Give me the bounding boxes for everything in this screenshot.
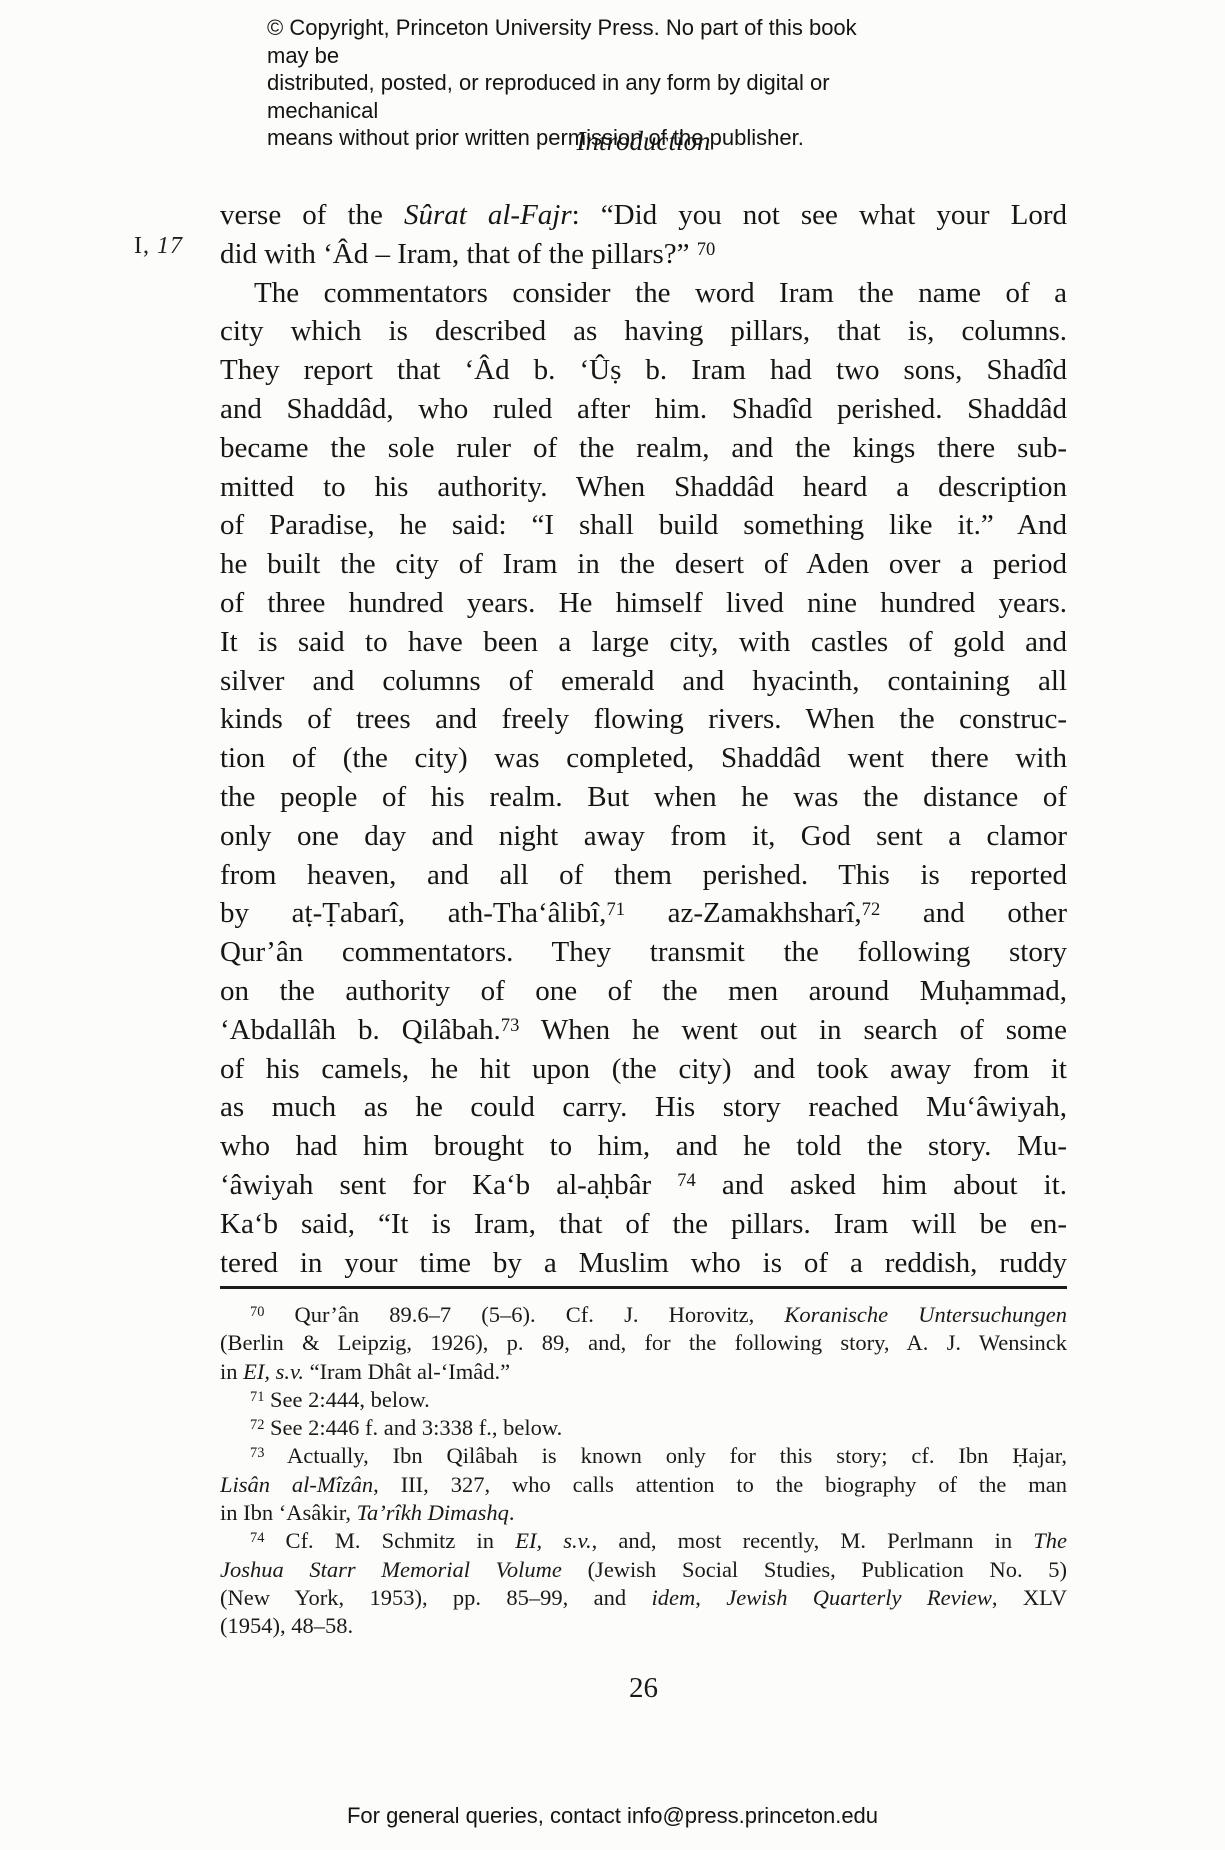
body-text-line: became the sole ruler of the realm, and … <box>220 429 1067 468</box>
body-text: verse of the Sûrat al-Fajr: “Did you not… <box>220 196 1067 1282</box>
footnote-line: 71 See 2:444, below. <box>220 1386 1067 1414</box>
footnote-reference: 71 <box>606 899 625 920</box>
copyright-line: distributed, posted, or reproduced in an… <box>267 69 887 124</box>
body-text-line: as much as he could carry. His story rea… <box>220 1088 1067 1127</box>
body-text-line: did with ‘Âd – Iram, that of the pillars… <box>220 235 1067 274</box>
body-text-line: only one day and night away from it, God… <box>220 817 1067 856</box>
footnote-reference: 73 <box>501 1015 520 1036</box>
body-text-line: The commentators consider the word Iram … <box>220 274 1067 313</box>
body-text-line: of his camels, he hit upon (the city) an… <box>220 1050 1067 1089</box>
body-text-line: ‘âwiyah sent for Ka‘b al-aḥbâr 74 and as… <box>220 1166 1067 1205</box>
footnote-reference: 70 <box>250 1304 264 1320</box>
footnote-line: Joshua Starr Memorial Volume (Jewish Soc… <box>220 1556 1067 1584</box>
body-text-line: who had him brought to him, and he told … <box>220 1127 1067 1166</box>
body-text-line: tion of (the city) was completed, Shaddâ… <box>220 739 1067 778</box>
chapter-running-head: Introduction <box>220 126 1067 157</box>
footnote-line: (Berlin & Leipzig, 1926), p. 89, and, fo… <box>220 1329 1067 1357</box>
copyright-line: © Copyright, Princeton University Press.… <box>267 14 887 69</box>
footnote-line: (1954), 48–58. <box>220 1612 1067 1640</box>
verse-margin-note: I, 17 <box>60 233 183 260</box>
body-text-line: the people of his realm. But when he was… <box>220 778 1067 817</box>
footnote-line: in EI, s.v. “Iram Dhât al-‘Imâd.” <box>220 1358 1067 1386</box>
footnote-reference: 72 <box>862 899 881 920</box>
footnote-line: Lisân al-Mîzân, III, 327, who calls atte… <box>220 1471 1067 1499</box>
footnote-line: (New York, 1953), pp. 85–99, and idem, J… <box>220 1584 1067 1612</box>
footnote-reference: 73 <box>250 1445 264 1461</box>
body-text-line: he built the city of Iram in the desert … <box>220 545 1067 584</box>
body-text-line: verse of the Sûrat al-Fajr: “Did you not… <box>220 196 1067 235</box>
footnote-line: 74 Cf. M. Schmitz in EI, s.v., and, most… <box>220 1527 1067 1555</box>
footnote-line: 73 Actually, Ibn Qilâbah is known only f… <box>220 1442 1067 1470</box>
footnote-reference: 70 <box>697 239 716 260</box>
margin-note-verse: 17 <box>157 233 183 259</box>
body-text-line: kinds of trees and freely flowing rivers… <box>220 700 1067 739</box>
page-number: 26 <box>220 1672 1067 1705</box>
body-text-line: silver and columns of emerald and hyacin… <box>220 662 1067 701</box>
footnote-line: in Ibn ‘Asâkir, Ta’rîkh Dimashq. <box>220 1499 1067 1527</box>
margin-note-sura: I, <box>134 233 150 259</box>
book-page: © Copyright, Princeton University Press.… <box>0 0 1225 1850</box>
body-text-line: and Shaddâd, who ruled after him. Shadîd… <box>220 390 1067 429</box>
body-text-line: city which is described as having pillar… <box>220 312 1067 351</box>
body-text-line: on the authority of one of the men aroun… <box>220 972 1067 1011</box>
footnote-reference: 74 <box>250 1530 264 1546</box>
body-text-line: mitted to his authority. When Shaddâd he… <box>220 468 1067 507</box>
body-text-line: from heaven, and all of them perished. T… <box>220 856 1067 895</box>
body-text-line: ‘Abdallâh b. Qilâbah.73 When he went out… <box>220 1011 1067 1050</box>
publisher-contact-footer: For general queries, contact info@press.… <box>0 1803 1225 1829</box>
body-text-line: Qur’ân commentators. They transmit the f… <box>220 933 1067 972</box>
body-text-line: by aṭ-Ṭabarî, ath-Tha‘âlibî,71 az-Zamakh… <box>220 894 1067 933</box>
footnote-reference: 71 <box>250 1389 264 1405</box>
footnote-line: 72 See 2:446 f. and 3:338 f., below. <box>220 1414 1067 1442</box>
body-text-line: of Paradise, he said: “I shall build som… <box>220 506 1067 545</box>
body-text-line: Ka‘b said, “It is Iram, that of the pill… <box>220 1205 1067 1244</box>
footnote-separator-rule <box>220 1286 1067 1289</box>
footnote-reference: 72 <box>250 1417 264 1433</box>
footnote-reference: 74 <box>677 1170 696 1191</box>
body-text-line: of three hundred years. He himself lived… <box>220 584 1067 623</box>
footnotes: 70 Qur’ân 89.6–7 (5–6). Cf. J. Horovitz,… <box>220 1301 1067 1641</box>
footnote-line: 70 Qur’ân 89.6–7 (5–6). Cf. J. Horovitz,… <box>220 1301 1067 1329</box>
body-text-line: They report that ‘Âd b. ‘Ûṣ b. Iram had … <box>220 351 1067 390</box>
body-text-line: tered in your time by a Muslim who is of… <box>220 1244 1067 1283</box>
body-text-line: It is said to have been a large city, wi… <box>220 623 1067 662</box>
